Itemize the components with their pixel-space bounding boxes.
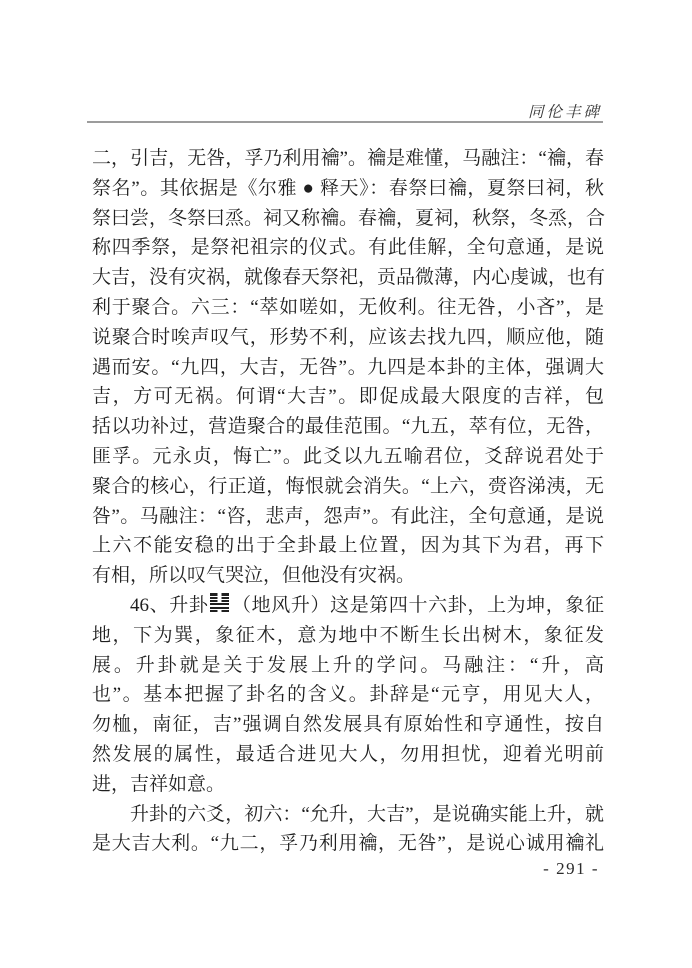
text-line: 然发展的属性，最适合进见大人，勿用担忧，迎着光明前	[92, 740, 604, 770]
text-line: 咎”。马融注：“咨，悲声，怨声”。有此注，全句意通，是说	[92, 502, 604, 532]
text-line: 大吉，没有灾祸，就像春天祭祀，贡品微薄，内心虔诚，也有	[92, 263, 604, 293]
text-line: 称四季祭，是祭祀祖宗的仪式。有此佳解，全句意通，是说	[92, 233, 604, 263]
running-header: 同伦丰碑	[528, 100, 602, 122]
hexagram-46-sheng-icon	[210, 593, 229, 613]
text-line: 升卦的六爻，初六：“允升，大吉”，是说确实能上升，就	[92, 800, 604, 830]
text-line: 匪孚。元永贞，悔亡”。此爻以九五喻君位，爻辞说君处于	[92, 442, 604, 472]
text-line: 祭名”。其依据是《尔雅 ● 释天》：春祭曰禴，夏祭曰祠，秋	[92, 174, 604, 204]
text-line: 进，吉祥如意。	[92, 770, 604, 800]
text-line: 说聚合时唉声叹气，形势不利，应该去找九四，顺应他，随	[92, 323, 604, 353]
text-line: 是大吉大利。“九二，孚乃利用禴，无咎”，是说心诚用禴礼	[92, 829, 604, 859]
text-line: 祭曰尝，冬祭曰烝。祠又称禴。春禴，夏祠，秋祭，冬烝，合	[92, 204, 604, 234]
text-line: 也”。基本把握了卦名的含义。卦辞是“元亨，用见大人，	[92, 680, 604, 710]
text-line: 聚合的核心，行正道，悔恨就会消失。“上六，赍咨涕洟，无	[92, 472, 604, 502]
text-line: 遇而安。“九四，大吉，无咎”。九四是本卦的主体，强调大	[92, 353, 604, 383]
text-line: 括以功补过，营造聚合的最佳范围。“九五，萃有位，无咎，	[92, 412, 604, 442]
text-line: 利于聚合。六三：“萃如嗟如，无攸利。往无咎，小吝”，是	[92, 293, 604, 323]
text-line: 地，下为巽，象征木，意为地中不断生长出树木，象征发	[92, 621, 604, 651]
body-text: 二，引吉，无咎，孚乃利用禴”。禴是难懂，马融注：“禴，春祭名”。其依据是《尔雅 …	[92, 144, 604, 859]
text-line: 46、升卦（地风升）这是第四十六卦，上为坤，象征	[92, 591, 604, 621]
book-page: 同伦丰碑 二，引吉，无咎，孚乃利用禴”。禴是难懂，马融注：“禴，春祭名”。其依据…	[0, 0, 692, 968]
header-rule	[87, 121, 603, 123]
text-line: 二，引吉，无咎，孚乃利用禴”。禴是难懂，马融注：“禴，春	[92, 144, 604, 174]
text-line: 吉，方可无祸。何谓“大吉”。即促成最大限度的吉祥，包	[92, 382, 604, 412]
text-line: 有相，所以叹气哭泣，但他没有灾祸。	[92, 561, 604, 591]
text-line: 上六不能安稳的出于全卦最上位置，因为其下为君，再下	[92, 531, 604, 561]
page-number: - 291 -	[543, 859, 599, 879]
text-line: 勿桖，南征，吉”强调自然发展具有原始性和亨通性，按自	[92, 710, 604, 740]
text-line: 展。升卦就是关于发展上升的学问。马融注：“升，高	[92, 651, 604, 681]
